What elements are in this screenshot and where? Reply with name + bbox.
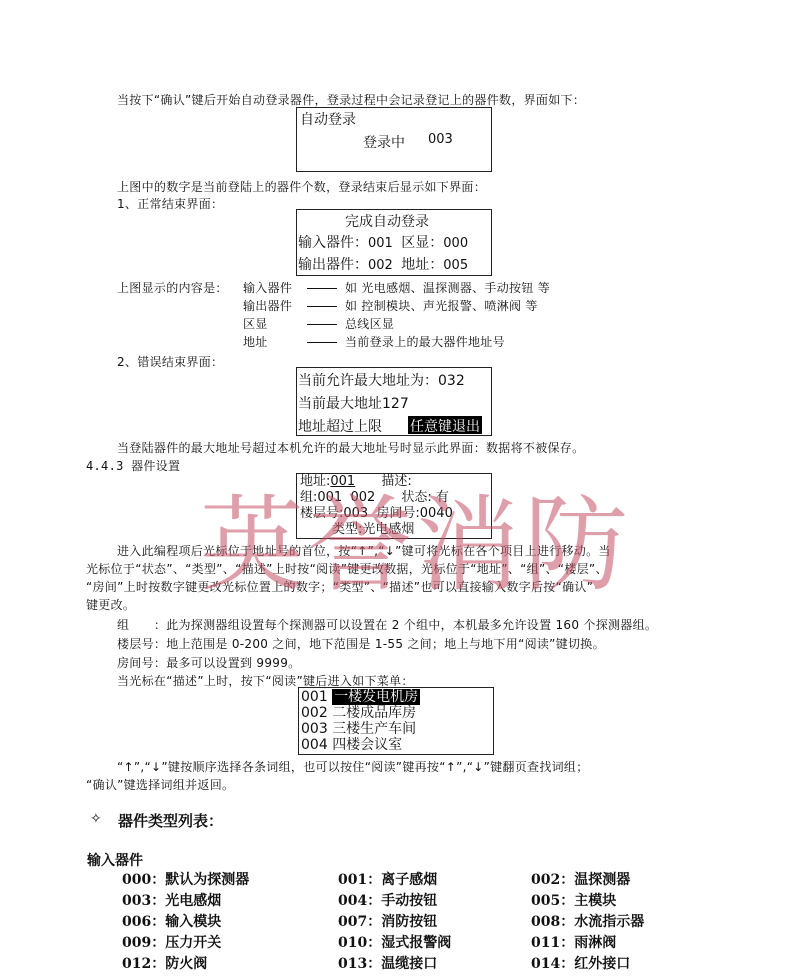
intro-paragraph-2: 上图中的数字是当前登陆上的器件个数，登录结束后显示如下界面： <box>117 179 486 195</box>
zone-display-value: 000 <box>443 236 468 251</box>
state-value: 有 <box>436 490 449 505</box>
menu-item-code: 004 <box>301 737 328 753</box>
legend-term: 输出器件 <box>243 298 299 314</box>
legend-desc: 如 控制模块、声光报警、喷淋阀 等 <box>345 299 538 313</box>
legend-term: 地址 <box>243 334 299 350</box>
lcd-address-row: 地址:001 描述: <box>300 474 412 490</box>
nav-paragraph-line: 键更改。 <box>86 597 135 613</box>
device-type-entry: 007：消防按钮 <box>338 911 437 931</box>
device-type-entry: 008：水流指示器 <box>531 911 644 931</box>
lcd-phrase-menu: 001 一楼发电机房 002 二楼成品库房 003 三楼生产车间 004 四楼会… <box>298 687 494 755</box>
menu-item[interactable]: 002 二楼成品库房 <box>301 705 416 722</box>
lcd-title: 自动登录 <box>300 109 356 129</box>
address-value: 001 <box>330 474 355 489</box>
lcd-login-complete-screen: 完成自动登录 输入器件：001 区显：000 输出器件：002 地址：005 <box>296 209 492 276</box>
nav-paragraph-line: 进入此编程项后光标位于地址号的首位，按“↑”,“↓”键可将光标在各个项目上进行移… <box>117 543 611 559</box>
group-values: 001 002 <box>317 490 375 505</box>
floor-value: 003 <box>343 506 368 521</box>
lcd-group-row: 组:001 002 状态:有 <box>300 490 449 506</box>
group-label: 组: <box>300 490 317 505</box>
nav-paragraph-line: “房间”上时按数字键更改光标位置上的数字；“类型”、“描述”也可以直接输入数字后… <box>86 579 593 595</box>
device-type-entry: 012：防火阀 <box>122 953 207 973</box>
dash-divider <box>307 324 337 325</box>
lcd-title: 完成自动登录 <box>345 211 429 231</box>
menu-item[interactable]: 001 一楼发电机房 <box>301 689 420 706</box>
lcd-output-devices-row: 输出器件：002 地址：005 <box>298 254 468 274</box>
device-type-entry: 010：湿式报警阀 <box>338 932 451 952</box>
device-type-entry: 004：手动按钮 <box>338 890 437 910</box>
output-devices-value: 002 <box>368 258 393 273</box>
nav-paragraph-line: 光标位于“状态”、“类型”、“描述”上时按“阅读”键更改数据，光标位于“地址”、… <box>86 561 608 577</box>
legend-lead: 上图显示的内容是： <box>117 280 228 296</box>
section-heading: 4.4.3 器件设置 <box>86 458 180 474</box>
address-value: 005 <box>443 258 468 273</box>
dash-divider <box>307 306 337 307</box>
lcd-input-devices-row: 输入器件：001 区显：000 <box>298 232 468 252</box>
input-devices-label: 输入器件： <box>298 235 368 251</box>
device-type-entry: 002：温探测器 <box>531 869 630 889</box>
menu-item-code: 003 <box>301 721 328 737</box>
legend-item: 区显总线区显 <box>243 316 394 332</box>
floor-label: 楼层号: <box>300 506 343 521</box>
room-value: 0040 <box>420 506 453 521</box>
menu-item-code: 001 <box>301 689 328 705</box>
menu-item[interactable]: 003 三楼生产车间 <box>301 721 416 738</box>
legend-desc: 总线区显 <box>345 317 394 331</box>
dash-divider <box>307 288 337 289</box>
menu-item-label: 二楼成品库房 <box>332 705 416 721</box>
lcd-max-allowed-address: 当前允许最大地址为：032 <box>298 370 465 390</box>
floor-note: 楼层号：地上范围是 0-200 之间，地下范围是 1-55 之间；地上与地下用“… <box>117 636 605 652</box>
device-type-list-title: 器件类型列表： <box>118 810 223 831</box>
legend-item: 输入器件如 光电感烟、温探测器、手动按钮 等 <box>243 280 550 296</box>
legend-term: 区显 <box>243 316 299 332</box>
address-label: 地址: <box>300 474 330 489</box>
room-label: 房间号: <box>376 506 419 521</box>
device-type-entry: 005：主模块 <box>531 890 616 910</box>
device-type-entry: 009：压力开关 <box>122 932 221 952</box>
menu-item[interactable]: 004 四楼会议室 <box>301 737 402 754</box>
device-type-entry: 003：光电感烟 <box>122 890 221 910</box>
lcd-type-row: 类型:光电感烟 <box>332 522 414 538</box>
menu-item-label: 四楼会议室 <box>332 737 402 753</box>
legend-desc: 当前登录上的最大器件地址号 <box>345 335 505 349</box>
input-devices-heading: 输入器件 <box>87 850 143 870</box>
type-label: 类型: <box>332 522 362 537</box>
normal-end-heading: 1、正常结束界面： <box>117 196 223 212</box>
device-type-entry: 006：输入模块 <box>122 911 221 931</box>
device-type-entry: 001：离子感烟 <box>338 869 437 889</box>
menu-help-line: “↑”,“↓”键按顺序选择各条词组，也可以按住“阅读”键再按“↑”,“↓”键翻页… <box>117 759 589 775</box>
lcd-press-any-key-exit: 任意键退出 <box>408 416 482 434</box>
lcd-device-settings-screen: 地址:001 描述: 组:001 002 状态:有 楼层号:003 房间号:00… <box>296 473 492 539</box>
room-note: 房间号：最多可以设置到 9999。 <box>117 655 300 671</box>
description-label: 描述: <box>381 474 411 489</box>
legend-desc: 如 光电感烟、温探测器、手动按钮 等 <box>345 281 550 295</box>
menu-help-line: “确认”键选择词组并返回。 <box>86 777 234 793</box>
input-devices-value: 001 <box>368 236 393 251</box>
type-value: 光电感烟 <box>362 522 414 537</box>
menu-item-label: 三楼生产车间 <box>332 721 416 737</box>
lcd-status-label: 登录中 <box>363 132 405 152</box>
address-label: 地址： <box>401 257 443 273</box>
lcd-address-exceeded: 地址超过上限 <box>298 416 382 436</box>
error-explanation: 当登陆器件的最大地址号超过本机允许的最大地址号时显示此界面：数据将不被保存。 <box>117 440 584 456</box>
device-type-entry: 000：默认为探测器 <box>122 869 249 889</box>
intro-paragraph: 当按下“确认”键后开始自动登录器件，登录过程中会记录登记上的器件数，界面如下： <box>117 92 585 108</box>
error-end-heading: 2、错误结束界面： <box>117 354 223 370</box>
lcd-current-max-address: 当前最大地址127 <box>298 393 409 413</box>
output-devices-label: 输出器件： <box>298 257 368 273</box>
menu-item-label-selected: 一楼发电机房 <box>332 689 420 705</box>
legend-item: 输出器件如 控制模块、声光报警、喷淋阀 等 <box>243 298 538 314</box>
group-note: 组 ：此为探测器组设置每个探测器可以设置在 2 个组中，本机最多允许设置 160… <box>117 617 657 633</box>
state-label: 状态: <box>401 490 431 505</box>
lcd-login-count: 003 <box>428 132 453 147</box>
diamond-bullet-icon: ✧ <box>90 811 102 827</box>
zone-display-label: 区显： <box>401 235 443 251</box>
device-type-entry: 011：雨淋阀 <box>531 932 616 952</box>
lcd-error-screen: 当前允许最大地址为：032 当前最大地址127 地址超过上限 任意键退出 <box>296 367 492 436</box>
legend-item: 地址当前登录上的最大器件地址号 <box>243 334 505 350</box>
menu-item-code: 002 <box>301 705 328 721</box>
legend-term: 输入器件 <box>243 280 299 296</box>
lcd-floor-room-row: 楼层号:003 房间号:0040 <box>300 506 453 522</box>
lcd-auto-login-screen: 自动登录 登录中 003 <box>296 107 492 172</box>
device-type-entry: 013：温缆接口 <box>338 953 437 973</box>
dash-divider <box>307 342 337 343</box>
device-type-entry: 014：红外接口 <box>531 953 630 973</box>
